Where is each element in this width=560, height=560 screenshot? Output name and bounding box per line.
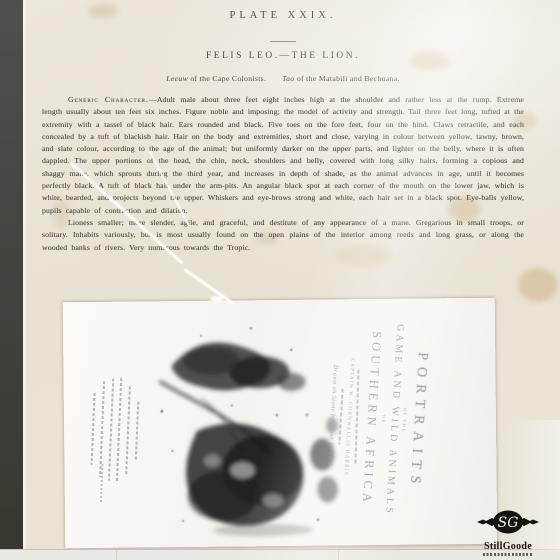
watermark-tagline-illegible — [483, 553, 533, 556]
illegible-script-line — [338, 389, 343, 445]
vernacular-names-caption: Leeuw of the Cape Colonists.Tao of the M… — [42, 74, 524, 83]
illegible-text-line — [91, 393, 96, 465]
vernacular-term-tao: Tao — [282, 74, 294, 83]
author-line: CAPTAIN W. CORNWALLIS HARRIS — [342, 358, 355, 476]
glare-streak — [210, 296, 224, 302]
caption-text: of the Cape Colonists. — [188, 74, 266, 83]
book-plate-photo: PLATE XXIX. FELIS LEO.—THE LION. Leeuw o… — [0, 0, 560, 560]
paragraph-lead-smallcaps: Generic Character. — [68, 95, 149, 104]
plate-number-heading: PLATE XXIX. — [42, 10, 524, 21]
watermark-brand-text: StillGoode — [470, 541, 546, 552]
lioness-paragraph: Lioness smaller; more slender, agile, an… — [42, 217, 524, 254]
illegible-verse-lines — [90, 371, 141, 489]
book-title-of: OF — [381, 415, 387, 424]
photocopied-title-page: PORTRAITS OF THE GAME AND WILD ANIMALS O… — [63, 298, 498, 549]
backdrop-edge — [0, 0, 26, 552]
stillgoode-monogram: SG — [498, 515, 519, 531]
sheet-crease — [338, 550, 339, 560]
sheet-crease — [116, 550, 117, 560]
paragraph-text: —Adult male about three feet eight inche… — [42, 95, 524, 215]
illegible-text-line — [108, 379, 114, 481]
species-heading: FELIS LEO.—THE LION. — [42, 51, 524, 61]
plate-text-block: PLATE XXIX. FELIS LEO.—THE LION. Leeuw o… — [42, 10, 524, 254]
illegible-text-line — [135, 402, 139, 460]
book-title-main: PORTRAITS — [406, 352, 430, 491]
caption-text: of the Matabili and Bechuana. — [295, 74, 400, 83]
book-title-of-the: OF THE — [401, 408, 407, 433]
lithographer-credit-line: Drawn on Stone by Frank Howard. — [326, 365, 339, 468]
illegible-text-line — [99, 381, 105, 477]
generic-character-paragraph: Generic Character.—Adult male about thre… — [42, 94, 524, 217]
title-divider-rule — [270, 41, 296, 42]
illegible-script-line — [354, 370, 359, 466]
rotated-title-text: PORTRAITS OF THE GAME AND WILD ANIMALS O… — [297, 300, 432, 537]
illegible-text-line — [125, 386, 131, 474]
stillgoode-watermark: SG StillGoode — [470, 506, 546, 556]
stillgoode-monogram-emblem: SG — [476, 506, 540, 538]
illegible-text-line — [116, 378, 122, 482]
vernacular-term-leeuw: Leeuw — [166, 74, 188, 83]
foxing-stain — [518, 268, 558, 302]
